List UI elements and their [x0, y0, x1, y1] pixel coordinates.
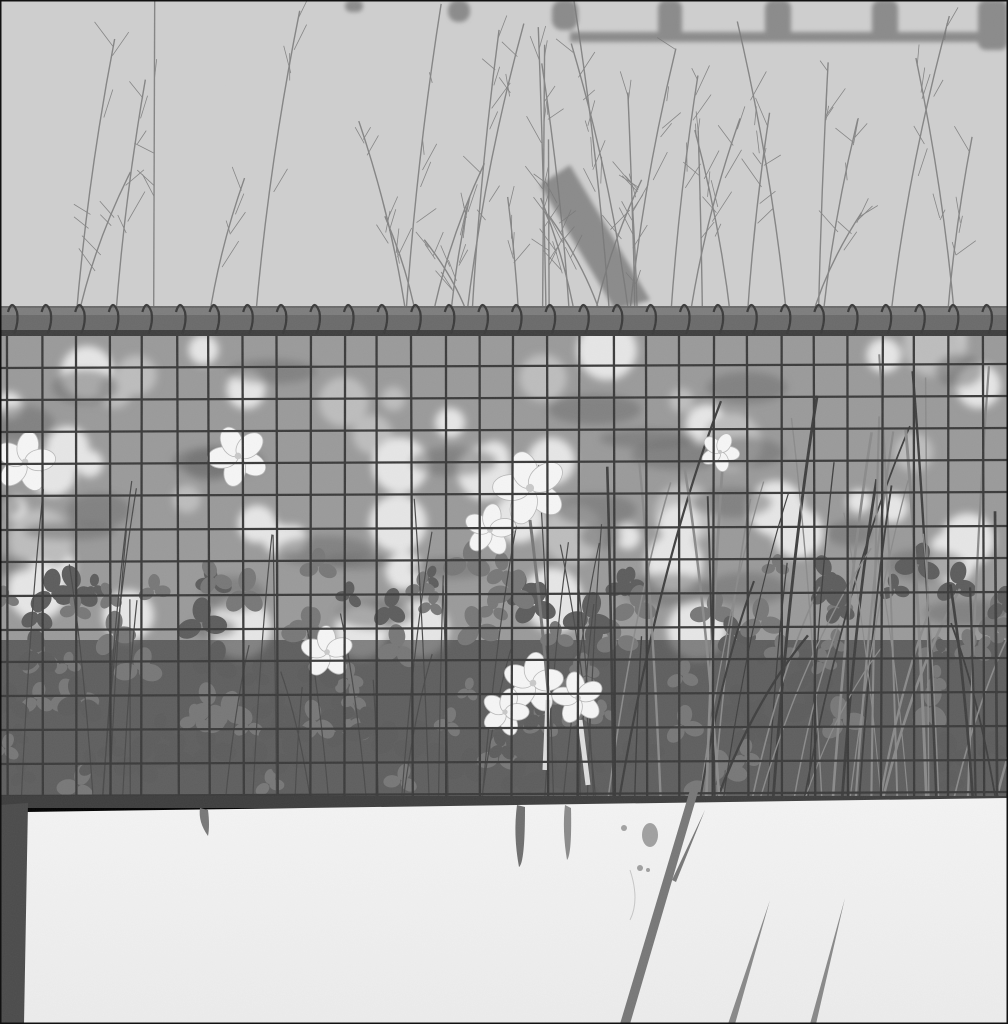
film-grain [0, 0, 1008, 1024]
photograph [0, 0, 1008, 1024]
